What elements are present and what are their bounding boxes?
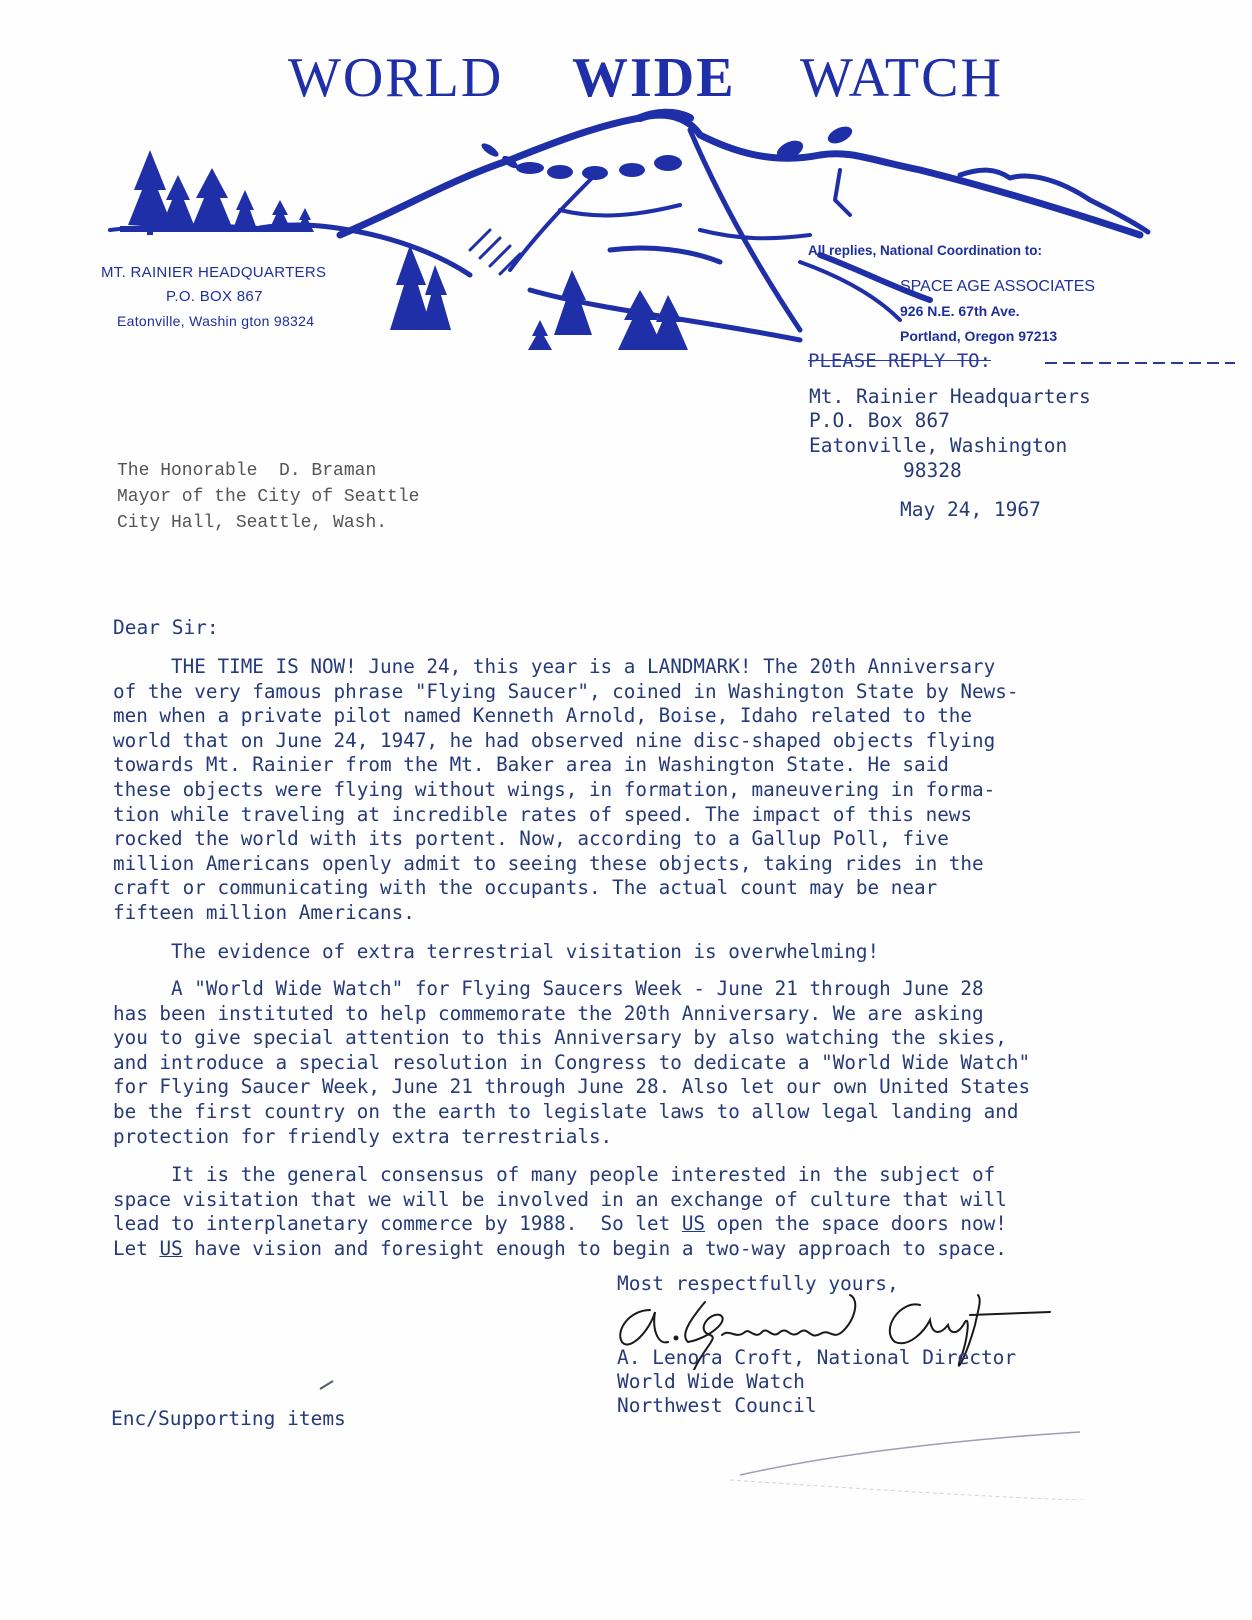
p3-line: A "World Wide Watch" for Flying Saucers … <box>113 977 1173 1002</box>
paragraph-4: It is the general consensus of many peop… <box>113 1163 1173 1261</box>
p4-line: It is the general consensus of many peop… <box>113 1163 1173 1188</box>
p4-line4-start: Let <box>113 1237 159 1260</box>
paragraph-3: A "World Wide Watch" for Flying Saucers … <box>113 977 1173 1149</box>
p3-line: protection for friendly extra terrestria… <box>113 1125 1173 1150</box>
signer-organization: World Wide Watch <box>617 1370 805 1395</box>
letterhead-hq-name: MT. RAINIER HEADQUARTERS <box>101 264 326 281</box>
stray-mark <box>315 1375 375 1395</box>
letterhead-associates-name: SPACE AGE ASSOCIATES <box>900 278 1095 296</box>
letterhead-associates-city: Portland, Oregon 97213 <box>900 328 1057 344</box>
recipient-line3: City Hall, Seattle, Wash. <box>117 510 387 536</box>
letterhead-hq-pobox: P.O. BOX 867 <box>166 288 263 305</box>
paragraph-1: THE TIME IS NOW! June 24, this year is a… <box>113 655 1173 926</box>
faint-pencil-lines <box>730 1430 1250 1500</box>
p4-underlined-us: US <box>682 1212 705 1235</box>
p3-line: has been instituted to help commemorate … <box>113 1002 1173 1027</box>
p3-line: you to give special attention to this An… <box>113 1026 1173 1051</box>
p3-line: be the first country on the earth to leg… <box>113 1100 1173 1125</box>
p4-line: space visitation that we will be involve… <box>113 1188 1173 1213</box>
p4-line3-start: lead to interplanetary commerce by 1988.… <box>113 1212 682 1235</box>
letterhead-replies-intro: All replies, National Coordination to: <box>808 243 1042 258</box>
p2-line: The evidence of extra terrestrial visita… <box>113 940 1173 965</box>
p4-line4-end: have vision and foresight enough to begi… <box>183 1237 1007 1260</box>
p3-line: for Flying Saucer Week, June 21 through … <box>113 1075 1173 1100</box>
struck-reply-to: PLEASE REPLY TO: <box>808 350 991 372</box>
p1-line: these objects were flying without wings,… <box>113 778 1173 803</box>
p4-underlined-us: US <box>159 1237 182 1260</box>
p4-line3-end: open the space doors now! <box>705 1212 1007 1235</box>
paragraph-2: The evidence of extra terrestrial visita… <box>113 940 1173 965</box>
recipient-line1: The Honorable D. Braman <box>117 458 376 484</box>
p1-line: fifteen million Americans. <box>113 901 1173 926</box>
p1-line: THE TIME IS NOW! June 24, this year is a… <box>113 655 1173 680</box>
p3-line: and introduce a special resolution in Co… <box>113 1051 1173 1076</box>
reply-address-line2: P.O. Box 867 <box>809 409 950 434</box>
p4-line: lead to interplanetary commerce by 1988.… <box>113 1212 1173 1237</box>
p1-line: world that on June 24, 1947, he had obse… <box>113 729 1173 754</box>
salutation: Dear Sir: <box>113 616 219 641</box>
reply-address-line1: Mt. Rainier Headquarters <box>809 385 1091 410</box>
signer-council: Northwest Council <box>617 1394 817 1419</box>
p4-line: Let US have vision and foresight enough … <box>113 1237 1173 1262</box>
letter-page: WORLD WIDE WATCH <box>0 0 1252 1620</box>
p1-line: men when a private pilot named Kenneth A… <box>113 704 1173 729</box>
p1-line: craft or communicating with the occupant… <box>113 876 1173 901</box>
p1-line: of the very famous phrase "Flying Saucer… <box>113 680 1173 705</box>
struck-dash-line <box>1040 358 1240 368</box>
reply-address-zip: 98328 <box>903 459 962 484</box>
enclosure-note: Enc/Supporting items <box>111 1407 346 1432</box>
letter-date: May 24, 1967 <box>900 498 1041 523</box>
recipient-line2: Mayor of the City of Seattle <box>117 484 419 510</box>
p1-line: towards Mt. Rainier from the Mt. Baker a… <box>113 753 1173 778</box>
signer-name-title: A. Lenora Croft, National Director <box>617 1346 1016 1371</box>
letterhead-hq-city: Eatonville, Washin gton 98324 <box>117 313 314 329</box>
p1-line: tion while traveling at incredible rates… <box>113 803 1173 828</box>
letterhead-associates-street: 926 N.E. 67th Ave. <box>900 303 1020 319</box>
p1-line: rocked the world with its portent. Now, … <box>113 827 1173 852</box>
reply-address-line3: Eatonville, Washington <box>809 434 1067 459</box>
p1-line: million Americans openly admit to seeing… <box>113 852 1173 877</box>
